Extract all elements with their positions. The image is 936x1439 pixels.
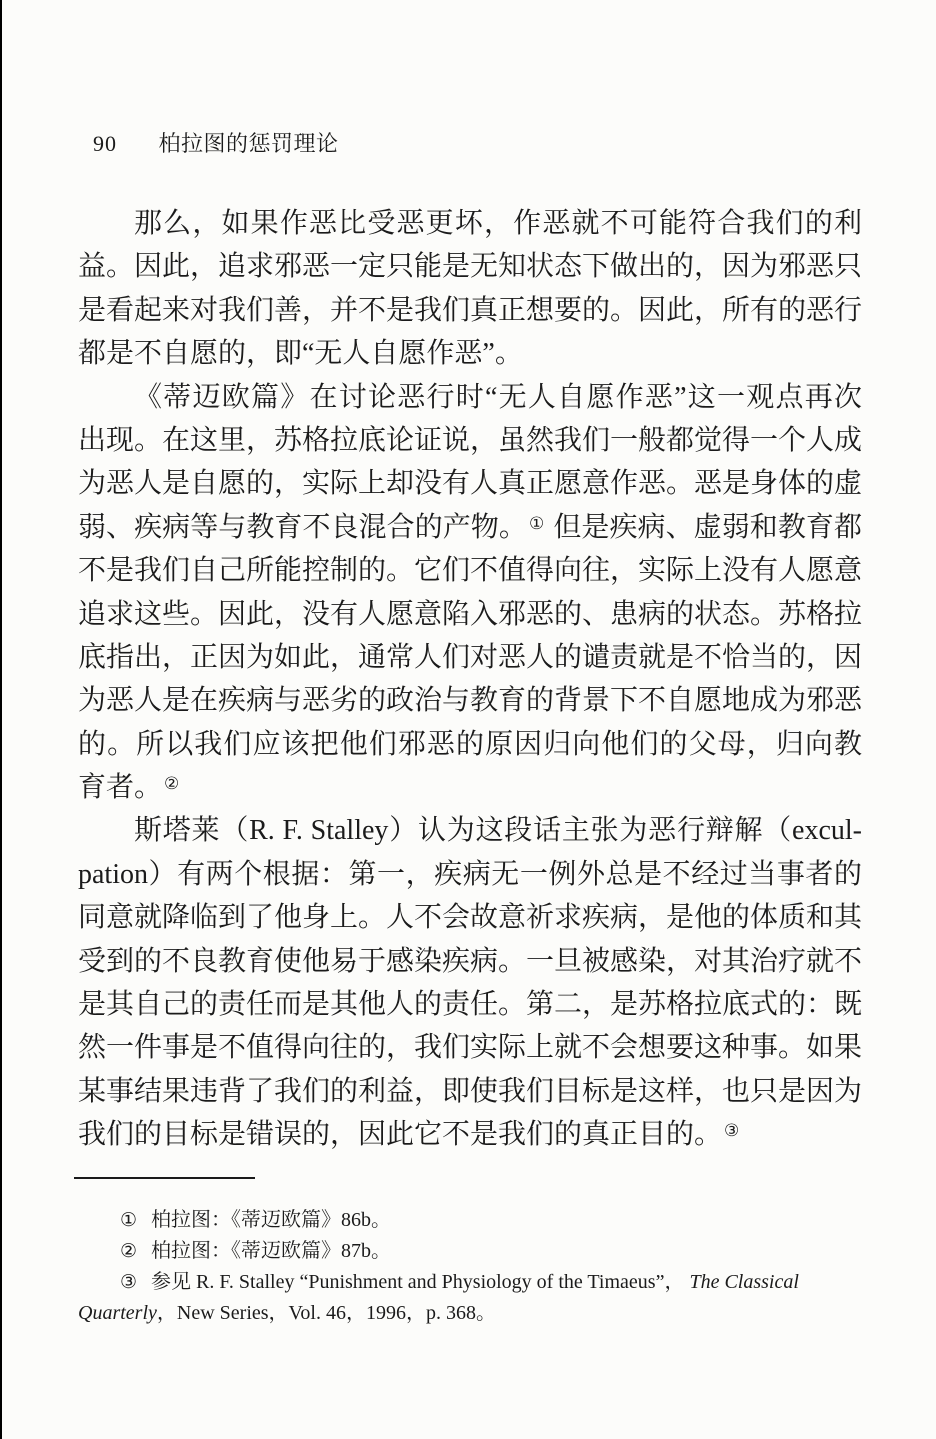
text-line: 那么，如果作恶比受恶更坏，作恶就不可能符合我们的利 bbox=[78, 202, 862, 245]
footnote-marker: ③ bbox=[120, 1272, 137, 1293]
text-line: 为恶人是在疾病与恶劣的政治与教育的背景下不自愿地成为邪恶 bbox=[78, 679, 862, 722]
text-line: 是其自己的责任而是其他人的责任。第二，是苏格拉底式的：既 bbox=[78, 983, 862, 1026]
text-line: 我们的目标是错误的，因此它不是我们的真正目的。③ bbox=[78, 1113, 862, 1156]
page-number: 90 bbox=[93, 131, 117, 157]
text-line: 益。因此，追求邪恶一定只能是无知状态下做出的，因为邪恶只 bbox=[78, 245, 862, 288]
footnote-continuation: Quarterly，New Series，Vol. 46，1996，p. 368… bbox=[78, 1298, 862, 1329]
text-line: 弱、疾病等与教育不良混合的产物。① 但是疾病、虚弱和教育都 bbox=[78, 506, 862, 549]
footnote-text: Quarterly bbox=[78, 1302, 157, 1324]
text-line: 追求这些。因此，没有人愿意陷入邪恶的、患病的状态。苏格拉 bbox=[78, 593, 862, 636]
text-line: 育者。② bbox=[78, 766, 862, 809]
paragraph: 《蒂迈欧篇》在讨论恶行时“无人自愿作恶”这一观点再次出现。在这里，苏格拉底论证说… bbox=[78, 376, 862, 810]
footnote-item: ②柏拉图：《蒂迈欧篇》87b。 bbox=[78, 1236, 862, 1267]
text-line: 是看起来对我们善，并不是我们真正想要的。因此，所有的恶行 bbox=[78, 289, 862, 332]
footnote-item: ③参见 R. F. Stalley “Punishment and Physio… bbox=[78, 1267, 862, 1298]
footnote-list: ①柏拉图：《蒂迈欧篇》86b。②柏拉图：《蒂迈欧篇》87b。③参见 R. F. … bbox=[78, 1205, 862, 1329]
footnote-text: 柏拉图：《蒂迈欧篇》86b。 bbox=[151, 1209, 391, 1231]
body-text: 那么，如果作恶比受恶更坏，作恶就不可能符合我们的利益。因此，追求邪恶一定只能是无… bbox=[78, 202, 862, 1157]
footnote-ref-marker: ② bbox=[164, 774, 179, 793]
book-page: 90 柏拉图的惩罚理论 那么，如果作恶比受恶更坏，作恶就不可能符合我们的利益。因… bbox=[0, 0, 936, 1439]
footnote-section: ①柏拉图：《蒂迈欧篇》86b。②柏拉图：《蒂迈欧篇》87b。③参见 R. F. … bbox=[78, 1177, 862, 1329]
text-line: 出现。在这里，苏格拉底论证说，虽然我们一般都觉得一个人成 bbox=[78, 419, 862, 462]
footnote-ref-marker: ① bbox=[529, 514, 544, 533]
footnote-ref-marker: ③ bbox=[724, 1121, 739, 1140]
running-header: 90 柏拉图的惩罚理论 bbox=[93, 131, 339, 157]
footnote-text: ，New Series，Vol. 46，1996，p. 368。 bbox=[157, 1302, 496, 1324]
book-title: 柏拉图的惩罚理论 bbox=[159, 131, 339, 157]
footnote-text: The Classical bbox=[689, 1271, 798, 1293]
footnote-item: ①柏拉图：《蒂迈欧篇》86b。 bbox=[78, 1205, 862, 1236]
text-line: 某事结果违背了我们的利益，即使我们目标是这样，也只是因为 bbox=[78, 1070, 862, 1113]
text-line: 然一件事是不值得向往的，我们实际上就不会想要这种事。如果 bbox=[78, 1026, 862, 1069]
text-line: 都是不自愿的，即“无人自愿作恶”。 bbox=[78, 332, 862, 375]
text-line: 不是我们自己所能控制的。它们不值得向往，实际上没有人愿意 bbox=[78, 549, 862, 592]
paragraph: 那么，如果作恶比受恶更坏，作恶就不可能符合我们的利益。因此，追求邪恶一定只能是无… bbox=[78, 202, 862, 376]
text-line: 斯塔莱（R. F. Stalley）认为这段话主张为恶行辩解（excul- bbox=[78, 809, 862, 852]
footnote-text: 柏拉图：《蒂迈欧篇》87b。 bbox=[151, 1240, 391, 1262]
text-line: 受到的不良教育使他易于感染疾病。一旦被感染，对其治疗就不 bbox=[78, 940, 862, 983]
text-line: 《蒂迈欧篇》在讨论恶行时“无人自愿作恶”这一观点再次 bbox=[78, 376, 862, 419]
text-line: 底指出，正因为如此，通常人们对恶人的谴责就是不恰当的，因 bbox=[78, 636, 862, 679]
footnote-marker: ① bbox=[120, 1210, 137, 1231]
footnote-text: 参见 R. F. Stalley “Punishment and Physiol… bbox=[151, 1271, 689, 1293]
footnote-marker: ② bbox=[120, 1241, 137, 1262]
text-line: 的。所以我们应该把他们邪恶的原因归向他们的父母，归向教 bbox=[78, 723, 862, 766]
text-line: pation）有两个根据：第一，疾病无一例外总是不经过当事者的 bbox=[78, 853, 862, 896]
footnote-separator bbox=[74, 1177, 255, 1179]
text-line: 为恶人是自愿的，实际上却没有人真正愿意作恶。恶是身体的虚 bbox=[78, 462, 862, 505]
paragraph: 斯塔莱（R. F. Stalley）认为这段话主张为恶行辩解（excul-pat… bbox=[78, 809, 862, 1156]
scan-edge-artifact bbox=[0, 0, 2, 1439]
text-line: 同意就降临到了他身上。人不会故意祈求疾病，是他的体质和其 bbox=[78, 896, 862, 939]
